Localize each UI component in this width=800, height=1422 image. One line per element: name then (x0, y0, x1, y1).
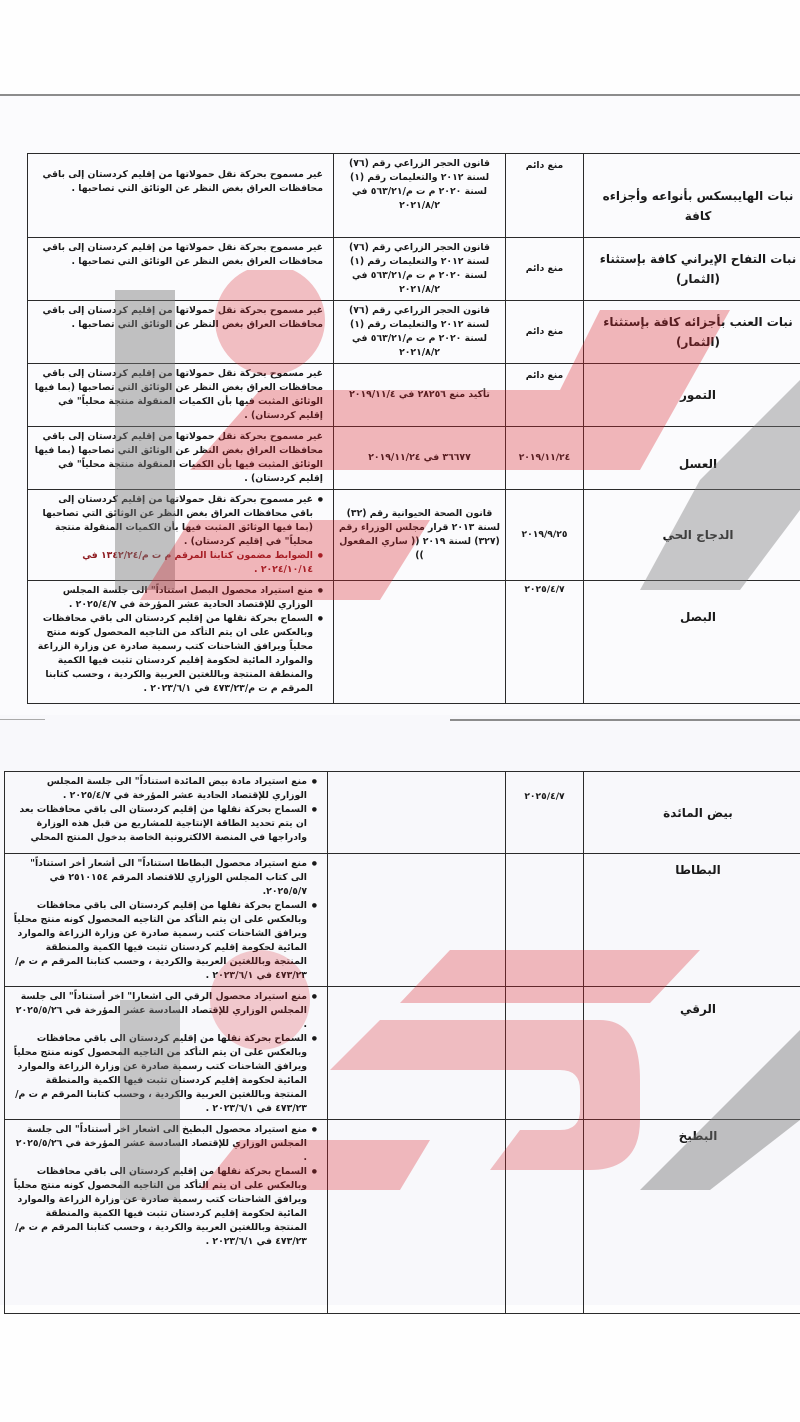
ban-date: منع دائم (506, 154, 584, 238)
ban-date (506, 854, 584, 987)
legal-reference: تأكيد منع ٢٨٢٥٦ في ٢٠١٩/١١/٤ (334, 364, 506, 427)
legal-reference (328, 987, 506, 1120)
table-row: بيض المائدة ٢٠٢٥/٤/٧ منع استيراد مادة بي… (5, 772, 800, 854)
note: غير مسموح بحركة نقل حمولاتها من إقليم كر… (28, 154, 334, 238)
legal-reference: قانون الحجر الزراعي رقم (٧٦) لسنة ٢٠١٢ و… (334, 301, 506, 364)
page-top-margin (0, 0, 800, 94)
ban-date: ٢٠٢٥/٤/٧ (506, 581, 584, 704)
regulation-table-2: بيض المائدة ٢٠٢٥/٤/٧ منع استيراد مادة بي… (4, 771, 800, 1314)
ban-date (506, 1120, 584, 1314)
note-bullet: غير مسموح بحركة نقل حمولاتها من إقليم كر… (34, 493, 313, 549)
note-list: منع استيراد مادة بيض المائدة استناداً" ا… (5, 772, 328, 854)
legal-reference: ٣٦٦٧٧ في ٢٠١٩/١١/٢٤ (334, 427, 506, 490)
note-list: غير مسموح بحركة نقل حمولاتها من إقليم كر… (28, 490, 334, 581)
note: غير مسموح بحركة نقل حمولاتها من إقليم كر… (28, 238, 334, 301)
legal-reference (328, 854, 506, 987)
note-list: منع استيراد محصول البطاطا استناداً" الى … (5, 854, 328, 987)
note-list: منع استيراد محصول البصل استناداً" الى جل… (28, 581, 334, 704)
ban-date: منع دائم (506, 238, 584, 301)
note-bullet: السماح بحركة نقلها من إقليم كردستان الى … (11, 899, 307, 983)
legal-reference (328, 772, 506, 854)
page-break-mark (0, 719, 45, 720)
legal-reference: قانون الحجر الزراعي رقم (٧٦) لسنة ٢٠١٢ و… (334, 154, 506, 238)
ban-date: ٢٠١٩/٩/٢٥ (506, 490, 584, 581)
item-name: الدجاج الحي (584, 490, 800, 581)
note-bullet: منع استيراد مادة بيض المائدة استناداً" ا… (11, 775, 307, 803)
note-bullet: السماح بحركة نقلها من إقليم كردستان الى … (34, 612, 313, 696)
item-name: التمور (584, 364, 800, 427)
item-name: نبات التفاح الإيراني كافة بإستثناء (الثم… (584, 238, 800, 301)
table-row: البطاطا منع استيراد محصول البطاطا استناد… (5, 854, 800, 987)
item-name: الرقي (584, 987, 800, 1120)
note: غير مسموح بحركة نقل حمولاتها من إقليم كر… (28, 427, 334, 490)
note: غير مسموح بحركة نقل حمولاتها من إقليم كر… (28, 301, 334, 364)
legal-reference (328, 1120, 506, 1314)
note-bullet: السماح بحركة نقلها من إقليم كردستان الى … (11, 1032, 307, 1116)
note-bullet: منع استيراد محصول الرقي الى اشعارا" اخر … (11, 990, 307, 1032)
note-bullet: السماح بحركة نقلها من إقليم كردستان الى … (11, 1165, 307, 1249)
item-name: العسل (584, 427, 800, 490)
item-name: بيض المائدة (584, 772, 800, 854)
note: غير مسموح بحركة نقل حمولاتها من إقليم كر… (28, 364, 334, 427)
table-row: العسل ٢٠١٩/١١/٢٤ ٣٦٦٧٧ في ٢٠١٩/١١/٢٤ غير… (28, 427, 800, 490)
item-name: البصل (584, 581, 800, 704)
table-row: البطيخ منع استيراد محصول البطيخ الى اشعا… (5, 1120, 800, 1314)
item-name: البطاطا (584, 854, 800, 987)
page-break-line (450, 719, 800, 721)
ban-date (506, 987, 584, 1120)
table-row: نبات العنب بأجزائه كافة بإستثناء (الثمار… (28, 301, 800, 364)
page-edge-line (0, 94, 800, 96)
page-bottom-margin (0, 1305, 800, 1422)
ban-date: منع دائم (506, 301, 584, 364)
item-name: نبات الهايبسكس بأنواعه وأجزاءه كافة (584, 154, 800, 238)
legal-reference (334, 581, 506, 704)
note-list: منع استيراد محصول الرقي الى اشعارا" اخر … (5, 987, 328, 1120)
item-name: البطيخ (584, 1120, 800, 1314)
ban-date: ٢٠١٩/١١/٢٤ (506, 427, 584, 490)
note-bullet: منع استيراد محصول البطاطا استناداً" الى … (11, 857, 307, 899)
legal-reference: قانون الصحة الحيوانية رقم (٣٢) لسنة ٢٠١٣… (334, 490, 506, 581)
table-row: الرقي منع استيراد محصول الرقي الى اشعارا… (5, 987, 800, 1120)
regulation-table-1: نبات الهايبسكس بأنواعه وأجزاءه كافة منع … (27, 153, 800, 704)
ban-date: منع دائم (506, 364, 584, 427)
note-bullet: منع استيراد محصول البصل استناداً" الى جل… (34, 584, 313, 612)
note-list: منع استيراد محصول البطيخ الى اشعار اخر أ… (5, 1120, 328, 1314)
note-bullet: الضوابط مضمون كتابنا المرقم م ت م/١٣٤٢/٢… (34, 549, 313, 577)
note-bullet: السماح بحركة نقلها من إقليم كردستان الى … (11, 803, 307, 845)
ban-date: ٢٠٢٥/٤/٧ (506, 772, 584, 854)
note-bullet: منع استيراد محصول البطيخ الى اشعار اخر أ… (11, 1123, 307, 1165)
legal-reference: قانون الحجر الزراعي رقم (٧٦) لسنة ٢٠١٢ و… (334, 238, 506, 301)
table-row: نبات التفاح الإيراني كافة بإستثناء (الثم… (28, 238, 800, 301)
table-row: البصل ٢٠٢٥/٤/٧ منع استيراد محصول البصل ا… (28, 581, 800, 704)
table-row: نبات الهايبسكس بأنواعه وأجزاءه كافة منع … (28, 154, 800, 238)
item-name: نبات العنب بأجزائه كافة بإستثناء (الثمار… (584, 301, 800, 364)
table-row: التمور منع دائم تأكيد منع ٢٨٢٥٦ في ٢٠١٩/… (28, 364, 800, 427)
table-row: الدجاج الحي ٢٠١٩/٩/٢٥ قانون الصحة الحيوا… (28, 490, 800, 581)
